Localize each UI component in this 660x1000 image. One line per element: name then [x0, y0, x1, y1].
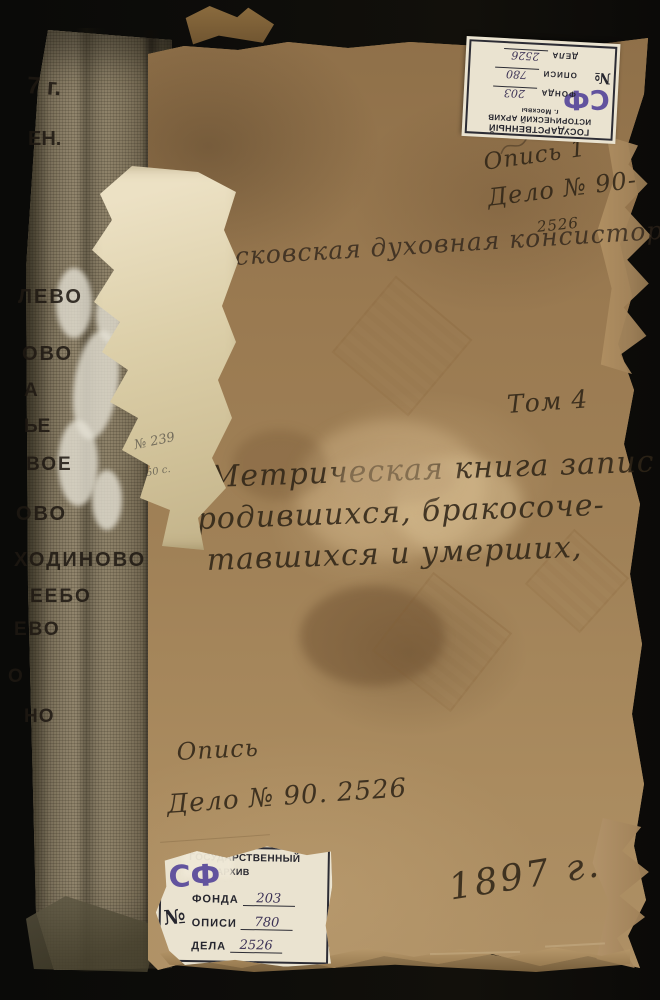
spine-text-fragment: ОВО — [22, 343, 73, 366]
photo-stage: 7 г. ЕН. ЛЕВО ОВО А ЬЕ ВОЕ ОВО ХОДИНОВО … — [0, 0, 660, 1000]
fond-label: ФОНДА — [192, 893, 239, 906]
archive-stamp-bottom: ГОСУДАРСТВЕННЫЙ АРХИВ СФ № ФОНДА 203 ОПИ… — [155, 842, 333, 967]
number-sign: № — [594, 69, 611, 88]
number-sign: № — [163, 904, 187, 930]
torn-cardboard-flap — [182, 6, 274, 46]
opis-value: 780 — [241, 916, 293, 931]
paint-smear — [92, 470, 122, 530]
stamp-row-delo: ДЕЛА 2526 — [191, 938, 282, 954]
archive-stamp-top: ГОСУДАРСТВЕННЫЙ ИСТОРИЧЕСКИЙ АРХИВ г. Мо… — [461, 36, 620, 144]
delo-value: 2526 — [503, 48, 548, 62]
spine-text-fragment: 7 г. — [26, 72, 62, 102]
stamp-row-delo: ДЕЛА 2526 — [503, 48, 578, 64]
spine-text-fragment: О — [8, 666, 23, 688]
spine-text-fragment: ОВО — [16, 503, 67, 526]
spine-text-fragment: ВОЕ — [26, 454, 73, 476]
handwritten-opis-bottom: Опись — [176, 734, 259, 766]
spine-text-fragment: НО — [24, 706, 55, 728]
opis-label: ОПИСИ — [542, 69, 577, 80]
spine-text-fragment: ЕВО — [14, 619, 61, 641]
pencil-number: № 239 — [133, 430, 176, 453]
delo-value: 2526 — [230, 939, 282, 954]
delo-label: ДЕЛА — [191, 940, 226, 953]
stamp-row-fond: ФОНДА 203 — [192, 891, 295, 907]
delo-label: ДЕЛА — [551, 51, 578, 61]
fond-value: 203 — [492, 85, 537, 99]
fond-value: 203 — [243, 892, 295, 907]
handwritten-volume: Том 4 — [506, 384, 589, 419]
stamp-row-opis: ОПИСИ 780 — [192, 915, 293, 931]
fond-label: ФОНДА — [540, 88, 576, 99]
spine-village-name: ХОДИНОВО — [14, 549, 146, 572]
spine-text-fragment: ЕН. — [28, 128, 61, 151]
opis-value: 780 — [494, 67, 539, 81]
opis-label: ОПИСИ — [192, 917, 237, 930]
faded-text-area — [336, 452, 456, 504]
spine-text-fragment: ЬЕ — [24, 416, 50, 438]
spine-text-fragment: ЛЕВО — [18, 286, 83, 309]
spine-text-fragment: ЕЕБО — [30, 586, 92, 608]
spine-text-fragment: А — [24, 380, 38, 402]
sf-ink-stamp: СФ — [168, 858, 221, 895]
